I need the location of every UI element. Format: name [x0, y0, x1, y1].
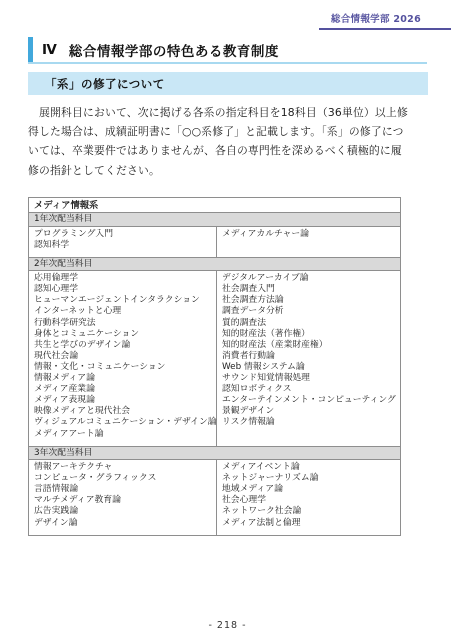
table-section-label-year2: 2年次配当科目: [29, 258, 400, 272]
paragraph-line: 展開科目において、次に掲げる各系の指定科目を18科目（36単位）以上修: [28, 103, 436, 122]
course-item: ネットジャーナリズム論: [222, 473, 395, 484]
course-item: メディアイベント論: [222, 462, 395, 473]
course-item: プログラミング入門: [34, 229, 211, 240]
section-heading: Ⅳ 総合情報学部の特色ある教育制度: [28, 37, 440, 62]
course-item: コンピュータ・グラフィックス: [34, 473, 211, 484]
course-item: エンターテインメント・コンピューティング: [222, 395, 396, 406]
course-item: 情報・文化・コミュニケーション: [34, 362, 211, 373]
course-list-year3-left: 情報アーキテクチャコンピュータ・グラフィックス言語情報論マルチメディア教育論広告…: [29, 460, 217, 535]
table-row-year2: 応用倫理学認知心理学ヒューマンエージェントインタラクションインターネットと心理行…: [29, 271, 400, 446]
course-item: デザイン論: [34, 518, 211, 529]
course-item: デジタルアーカイブ論: [222, 273, 396, 284]
course-list-year3-right: メディアイベント論ネットジャーナリズム論地域メディア論社会心理学ネットワーク社会…: [217, 460, 400, 535]
paragraph-line: 修の指針としてください。: [28, 161, 436, 180]
page-number: - 218 -: [0, 620, 455, 631]
course-table: メディア情報系 1年次配当科目 プログラミング入門認知科学 メディアカルチャー論…: [28, 197, 401, 536]
course-item: 認知ロボティクス: [222, 384, 396, 395]
heading-numeral: Ⅳ: [42, 42, 57, 58]
course-list-year1-right: メディアカルチャー論: [217, 227, 400, 257]
course-item: メディアカルチャー論: [222, 229, 395, 240]
course-item: 知的財産法（著作権）: [222, 329, 396, 340]
body-paragraph: 展開科目において、次に掲げる各系の指定科目を18科目（36単位）以上修得した場合…: [28, 103, 436, 180]
table-section-label-year3: 3年次配当科目: [29, 447, 400, 461]
course-item: ネットワーク社会論: [222, 506, 395, 517]
course-item: 現代社会論: [34, 351, 211, 362]
course-item: 質的調査法: [222, 318, 396, 329]
course-item: メディア法制と倫理: [222, 518, 395, 529]
table-row-year3: 情報アーキテクチャコンピュータ・グラフィックス言語情報論マルチメディア教育論広告…: [29, 460, 400, 535]
course-item: メディア表現論: [34, 395, 211, 406]
course-item: 景観デザイン: [222, 406, 396, 417]
faculty-year-label: 総合情報学部 2026: [331, 11, 421, 25]
course-item: 身体とコミュニケーション: [34, 329, 211, 340]
course-item: ヴィジュアルコミュニケーション・デザイン論: [34, 417, 211, 428]
table-section-label-year1: 1年次配当科目: [29, 213, 400, 227]
course-item: マルチメディア教育論: [34, 495, 211, 506]
course-list-year2-right: デジタルアーカイブ論社会調査入門社会調査方法論調査データ分析質的調査法知的財産法…: [217, 271, 401, 445]
heading-underline: [28, 62, 427, 64]
course-item: 認知心理学: [34, 284, 211, 295]
paragraph-line: いては、卒業要件ではありませんが、各自の専門性を深めるべく積極的に履: [28, 141, 436, 160]
course-item: 共生と学びのデザイン論: [34, 340, 211, 351]
course-item: ヒューマンエージェントインタラクション: [34, 295, 211, 306]
course-item: 社会調査入門: [222, 284, 396, 295]
course-item: 知的財産法（産業財産権）: [222, 340, 396, 351]
course-item: 認知科学: [34, 240, 211, 251]
course-item: インターネットと心理: [34, 306, 211, 317]
subheading-banner: 「系」の修了について: [28, 72, 428, 95]
course-item: 消費者行動論: [222, 351, 396, 362]
course-item: 映像メディアと現代社会: [34, 406, 211, 417]
document-page: 総合情報学部 2026 Ⅳ 総合情報学部の特色ある教育制度 「系」の修了について…: [0, 0, 455, 644]
table-row-year1: プログラミング入門認知科学 メディアカルチャー論: [29, 227, 400, 258]
course-item: リスク情報論: [222, 417, 396, 428]
course-item: 言語情報論: [34, 484, 211, 495]
course-item: 地域メディア論: [222, 484, 395, 495]
header-rule: [319, 28, 451, 30]
course-item: メディア産業論: [34, 384, 211, 395]
heading-accent-bar: [28, 37, 33, 62]
course-item: 調査データ分析: [222, 306, 396, 317]
course-item: サウンド知覚情報処理: [222, 373, 396, 384]
course-item: 行動科学研究法: [34, 318, 211, 329]
course-item: 情報アーキテクチャ: [34, 462, 211, 473]
subheading-text: 「系」の修了について: [45, 76, 165, 92]
course-item: 社会調査方法論: [222, 295, 396, 306]
course-item: Web 情報システム論: [222, 362, 396, 373]
table-title: メディア情報系: [29, 198, 400, 213]
course-item: 情報メディア論: [34, 373, 211, 384]
course-item: メディアアート論: [34, 429, 211, 440]
course-list-year2-left: 応用倫理学認知心理学ヒューマンエージェントインタラクションインターネットと心理行…: [29, 271, 217, 445]
course-list-year1-left: プログラミング入門認知科学: [29, 227, 217, 257]
course-item: 社会心理学: [222, 495, 395, 506]
course-item: 応用倫理学: [34, 273, 211, 284]
paragraph-line: 得した場合は、成績証明書に「○○系修了」と記載します。「系」の修了につ: [28, 122, 436, 141]
heading-title: 総合情報学部の特色ある教育制度: [69, 40, 279, 60]
course-item: 広告実践論: [34, 506, 211, 517]
